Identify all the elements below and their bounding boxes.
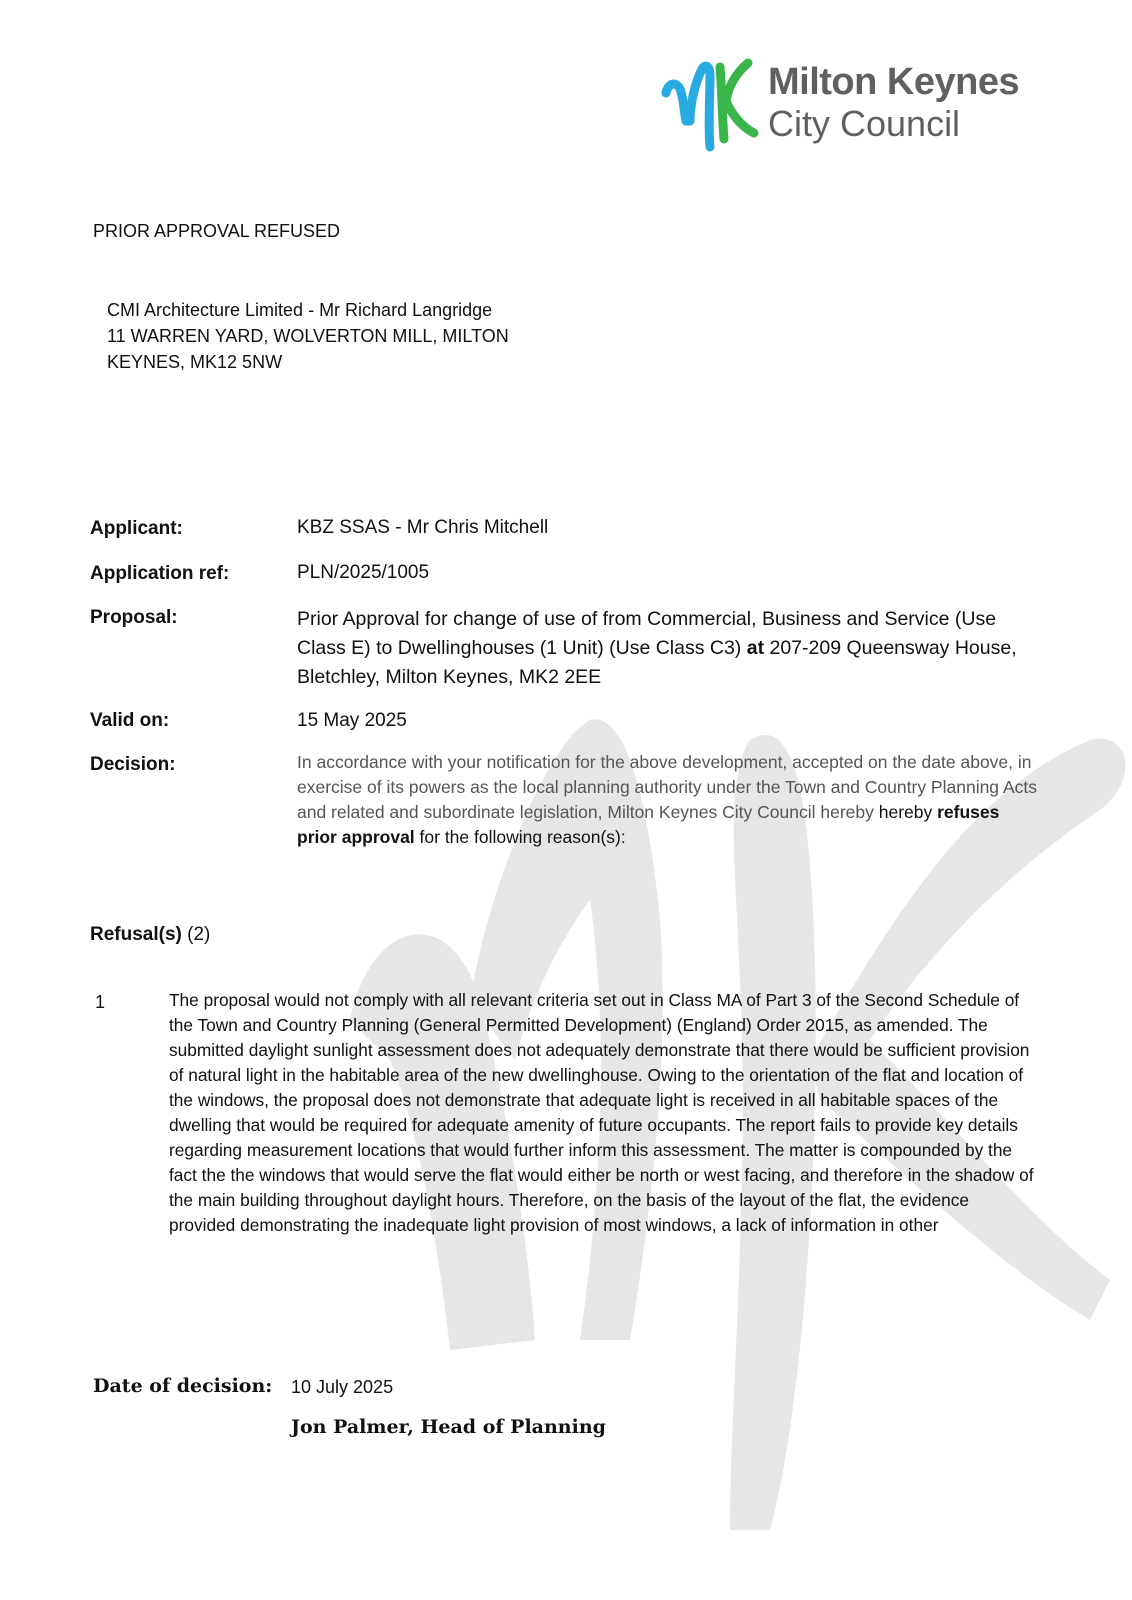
application-ref-label: Application ref: bbox=[90, 561, 229, 586]
signatory: Jon Palmer, Head of Planning bbox=[291, 1415, 606, 1440]
agent-address: CMI Architecture Limited - Mr Richard La… bbox=[107, 297, 509, 375]
valid-on-value: 15 May 2025 bbox=[297, 708, 407, 733]
refusal-number: 1 bbox=[95, 990, 105, 1015]
refusals-heading: Refusal(s) (2) bbox=[90, 922, 210, 947]
date-of-decision-label: Date of decision: bbox=[93, 1374, 272, 1399]
proposal-value: Prior Approval for change of use of from… bbox=[297, 605, 1047, 692]
date-of-decision-value: 10 July 2025 bbox=[291, 1375, 393, 1400]
agent-address-line: KEYNES, MK12 5NW bbox=[107, 349, 509, 375]
decision-text: In accordance with your notification for… bbox=[297, 750, 1037, 850]
council-logo: Milton Keynes City Council bbox=[660, 55, 1060, 160]
refusal-reason-text: The proposal would not comply with all r… bbox=[169, 988, 1039, 1238]
applicant-label: Applicant: bbox=[90, 516, 183, 541]
applicant-value: KBZ SSAS - Mr Chris Mitchell bbox=[297, 515, 548, 540]
mk-logo-icon bbox=[660, 55, 760, 155]
decision-label: Decision: bbox=[90, 752, 176, 777]
agent-address-line: 11 WARREN YARD, WOLVERTON MILL, MILTON bbox=[107, 323, 509, 349]
valid-on-label: Valid on: bbox=[90, 708, 169, 733]
agent-address-line: CMI Architecture Limited - Mr Richard La… bbox=[107, 297, 509, 323]
application-ref-value: PLN/2025/1005 bbox=[297, 560, 429, 585]
logo-text-line2: City Council bbox=[768, 103, 960, 145]
logo-text-line1: Milton Keynes bbox=[768, 61, 1019, 104]
status-heading: PRIOR APPROVAL REFUSED bbox=[93, 219, 340, 244]
proposal-label: Proposal: bbox=[90, 605, 178, 630]
